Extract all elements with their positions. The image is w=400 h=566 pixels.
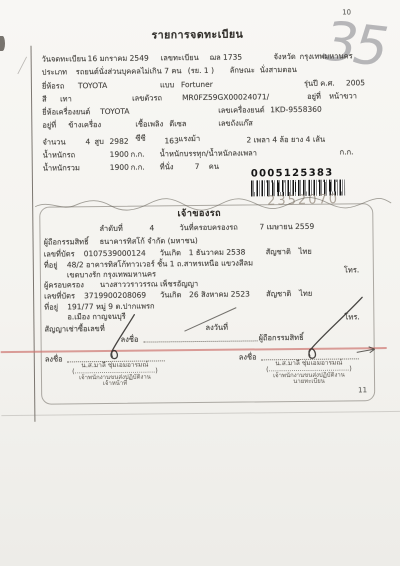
page-number-bottom: 11 (358, 386, 367, 395)
seats-label: ที่นั่ง (160, 162, 174, 171)
holder-label: ผู้ถือกรรมสิทธิ์ (44, 237, 89, 246)
model-value: Fortuner (181, 80, 213, 89)
engine-location-label: อยู่ที่ (42, 120, 56, 129)
seats-unit: คน (209, 162, 219, 171)
hp-unit: แรงม้า (178, 134, 200, 143)
type-code: (รย. 1 ) (188, 66, 214, 75)
plate-value: ฌล 1735 (210, 53, 243, 62)
brand-value: TOYOTA (78, 81, 107, 90)
fuel-label: เชื้อเพลิง (135, 119, 163, 128)
holder-address-line2: เขตบางรัก กรุงเทพมหานคร (67, 269, 156, 279)
load-unit: ก.ก. (340, 147, 354, 156)
possessor-nationality-value: ไทย (299, 289, 312, 298)
type-label: ประเภท (42, 67, 67, 76)
owner-section-title: เจ้าของรถ (177, 210, 221, 219)
contract-date-label: ลงวันที่ (205, 323, 228, 332)
engine-location-value: ข้างเครื่อง (68, 120, 101, 129)
possessor-address-line2: อ.เมือง กาญจนบุรี (67, 312, 125, 322)
holder-card-value: 0107539000124 (84, 249, 146, 259)
possessor-phone-label: โทร. (344, 312, 359, 321)
color-value: เทา (60, 94, 72, 103)
model-label: แบบ (160, 80, 174, 89)
holder-nationality-label: สัญชาติ (266, 247, 291, 256)
possessor-address-label: ที่อยู่ (44, 302, 58, 311)
engine-brand-value: TOYOTA (100, 107, 129, 116)
cc-unit: ซีซี (135, 134, 145, 143)
possessor-card-label: เลขที่บัตร (44, 291, 75, 300)
weight-value: 1900 (110, 150, 129, 159)
left-margin-line (31, 46, 36, 422)
holder-sign-label: ผู้ถือกรรมสิทธิ์ (259, 333, 304, 342)
gross-weight-label: น้ำหนักรวม (43, 163, 80, 172)
holder-address-label: ที่อยู่ (44, 260, 58, 269)
body-value: นั่งสามตอน (260, 65, 297, 74)
left-stamp-role2: เจ้าหน้าที่ (59, 380, 171, 388)
province-label: จังหวัด (274, 52, 296, 61)
cylinders-unit: สูบ (94, 137, 103, 146)
holder-value: ธนาคารทิสโก้ จำกัด (มหาชน) (100, 236, 198, 246)
color-label: สี (42, 95, 47, 104)
possessor-birth-value: 26 สิงหาคม 2523 (189, 289, 250, 299)
possessor-label: ผู้ครอบครอง (44, 280, 84, 289)
seats-value: 7 (195, 162, 200, 171)
brand-label: ยี่ห้อรถ (42, 81, 65, 90)
right-stamp-role2: นายทะเบียน (253, 378, 365, 386)
possession-date-value: 7 เมษายน 2559 (259, 222, 314, 232)
registration-document: 10 35 รายการจดทะเบียน วันจดทะเบียน 16 มก… (0, 0, 400, 566)
possession-date-label: วันที่ครอบครองรถ (179, 223, 237, 233)
reg-date-label: วันจดทะเบียน (42, 54, 87, 63)
body-label: ลักษณะ (230, 65, 255, 74)
document-scan: 10 35 รายการจดทะเบียน วันจดทะเบียน 16 มก… (0, 0, 400, 566)
vin-location-value: หน้าขวา (329, 91, 357, 100)
vin-label: เลขตัวรถ (132, 93, 162, 102)
year-label: รุ่นปี ค.ศ. (304, 79, 335, 88)
seq-label: ลำดับที่ (99, 224, 122, 233)
vin-location-label: อยู่ที่ (307, 92, 321, 101)
gas-tank-label: เลขถังแก๊ส (218, 118, 253, 127)
reg-date-value: 16 มกราคม 2549 (88, 54, 149, 64)
weight-unit: ก.ก. (131, 150, 145, 159)
faint-stamp-number: 2352070 (267, 192, 339, 209)
gross-weight-unit: ก.ก. (131, 163, 145, 172)
fuel-value: ดีเซล (169, 119, 186, 128)
document-title: รายการจดทะเบียน (152, 31, 244, 41)
year-value: 2005 (346, 78, 365, 87)
holder-card-label: เลขที่บัตร (44, 249, 75, 258)
sign-middle-label: ลงชื่อ (121, 335, 139, 344)
holder-birth-value: 1 ธันวาคม 2538 (189, 248, 246, 258)
possessor-address-line1: 191/77 หมู่ 9 ต.ปากแพรก (67, 301, 154, 311)
cylinders-value: 4 (85, 137, 90, 146)
possessor-value: นางสาววราวรรณ เพ็ชรอัญญา (100, 279, 198, 289)
plate-label: เลขทะเบียน (161, 53, 199, 62)
vin-value: MR0FZ59GX00024071/ (182, 92, 269, 102)
handwritten-number: 35 (320, 9, 387, 78)
gross-weight-value: 1900 (110, 163, 129, 172)
axles-value: 2 เพลา 4 ล้อ ยาง 4 เส้น (246, 135, 325, 145)
corner-slash-mark (18, 57, 27, 74)
engine-no-value: 1KD-9558360 (270, 105, 322, 115)
possessor-nationality-label: สัญชาติ (266, 289, 291, 298)
seq-value: 4 (149, 223, 154, 232)
engine-no-label: เลขเครื่องยนต์ (218, 105, 265, 114)
hp-value: 163 (164, 136, 178, 145)
engine-brand-label: ยี่ห้อเครื่องยนต์ (42, 107, 90, 117)
holder-nationality-value: ไทย (299, 247, 312, 256)
scan-artifact-line (1, 411, 400, 416)
holder-phone-label: โทร. (344, 265, 359, 274)
possessor-card-value: 3719900208069 (84, 291, 146, 301)
barcode-number: 0005125383 (251, 168, 334, 180)
holder-birth-label: วันเกิด (160, 248, 181, 257)
type-value: รถยนต์นั่งส่วนบุคคลไม่เกิน 7 คน (76, 66, 182, 76)
cc-value: 2982 (109, 137, 128, 146)
contract-label: สัญญาเช่าซื้อเลขที่ (44, 324, 104, 334)
weight-label: น้ำหนักรถ (43, 150, 76, 159)
load-label: น้ำหนักบรรทุก/น้ำหนักลงเพลา (160, 148, 257, 158)
possessor-birth-label: วันเกิด (160, 290, 181, 299)
sign-middle-dotline (144, 334, 258, 342)
province-value: กรุงเทพมหานคร (300, 51, 353, 61)
cylinders-label: จำนวน (42, 137, 65, 146)
